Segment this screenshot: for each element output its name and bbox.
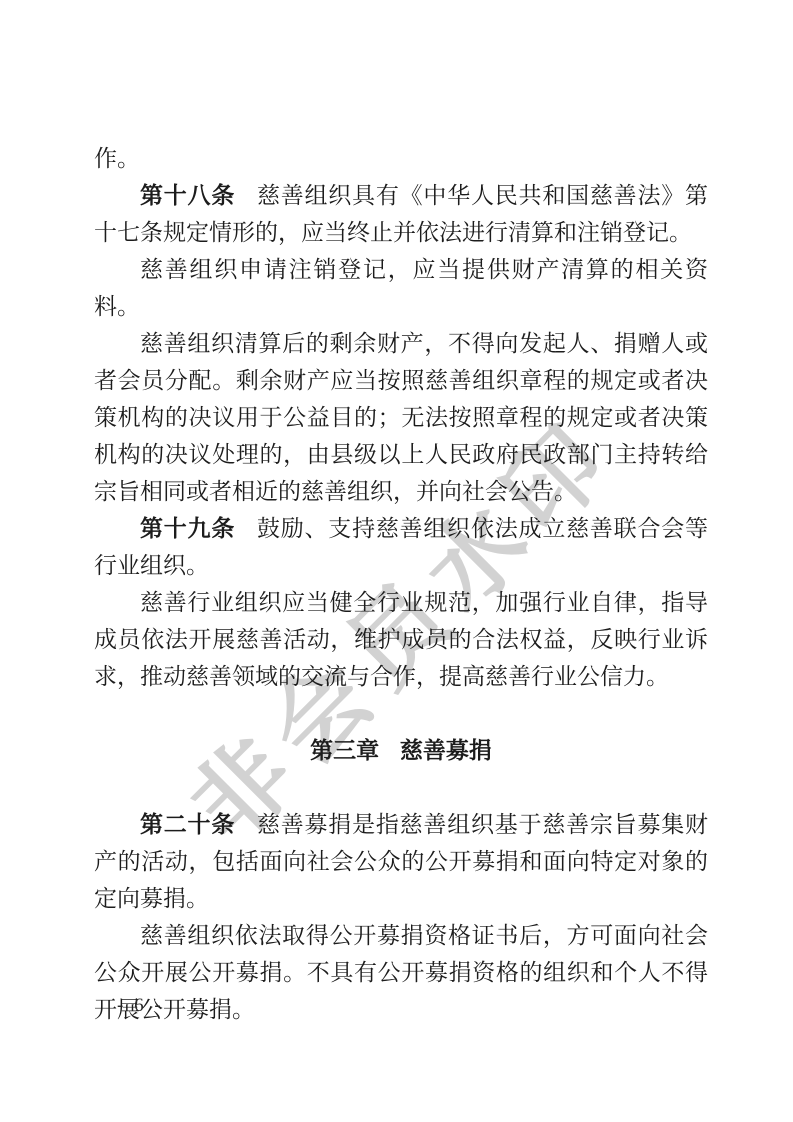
chapter-title: 慈善募捐 [400,738,492,763]
article-number-19: 第十九条 [140,516,235,541]
page-number: - 6 - [117,995,164,1017]
article-number-18: 第十八条 [140,183,235,208]
paragraph: 慈善组织申请注销登记，应当提供财产清算的相关资料。 [94,251,708,325]
article-number-20: 第二十条 [140,812,235,837]
paragraph: 慈善组织清算后的剩余财产，不得向发起人、捐赠人或者会员分配。剩余财产应当按照慈善… [94,325,708,510]
article-paragraph-19: 第十九条鼓励、支持慈善组织依法成立慈善联合会等行业组织。 [94,510,708,584]
paragraph-continuation: 作。 [94,140,708,177]
paragraph: 慈善行业组织应当健全行业规范，加强行业自律，指导成员依法开展慈善活动，维护成员的… [94,584,708,695]
chapter-number: 第三章 [310,738,379,763]
document-page: 非会员水印 作。 第十八条慈善组织具有《中华人民共和国慈善法》第十七条规定情形的… [0,0,793,1122]
paragraph: 慈善组织依法取得公开募捐资格证书后，方可面向社会公众开展公开募捐。不具有公开募捐… [94,917,708,1028]
article-paragraph-20: 第二十条慈善募捐是指慈善组织基于慈善宗旨募集财产的活动，包括面向社会公众的公开募… [94,806,708,917]
document-body: 作。 第十八条慈善组织具有《中华人民共和国慈善法》第十七条规定情形的，应当终止并… [94,140,708,1028]
article-paragraph-18: 第十八条慈善组织具有《中华人民共和国慈善法》第十七条规定情形的，应当终止并依法进… [94,177,708,251]
chapter-heading: 第三章慈善募捐 [94,732,708,769]
